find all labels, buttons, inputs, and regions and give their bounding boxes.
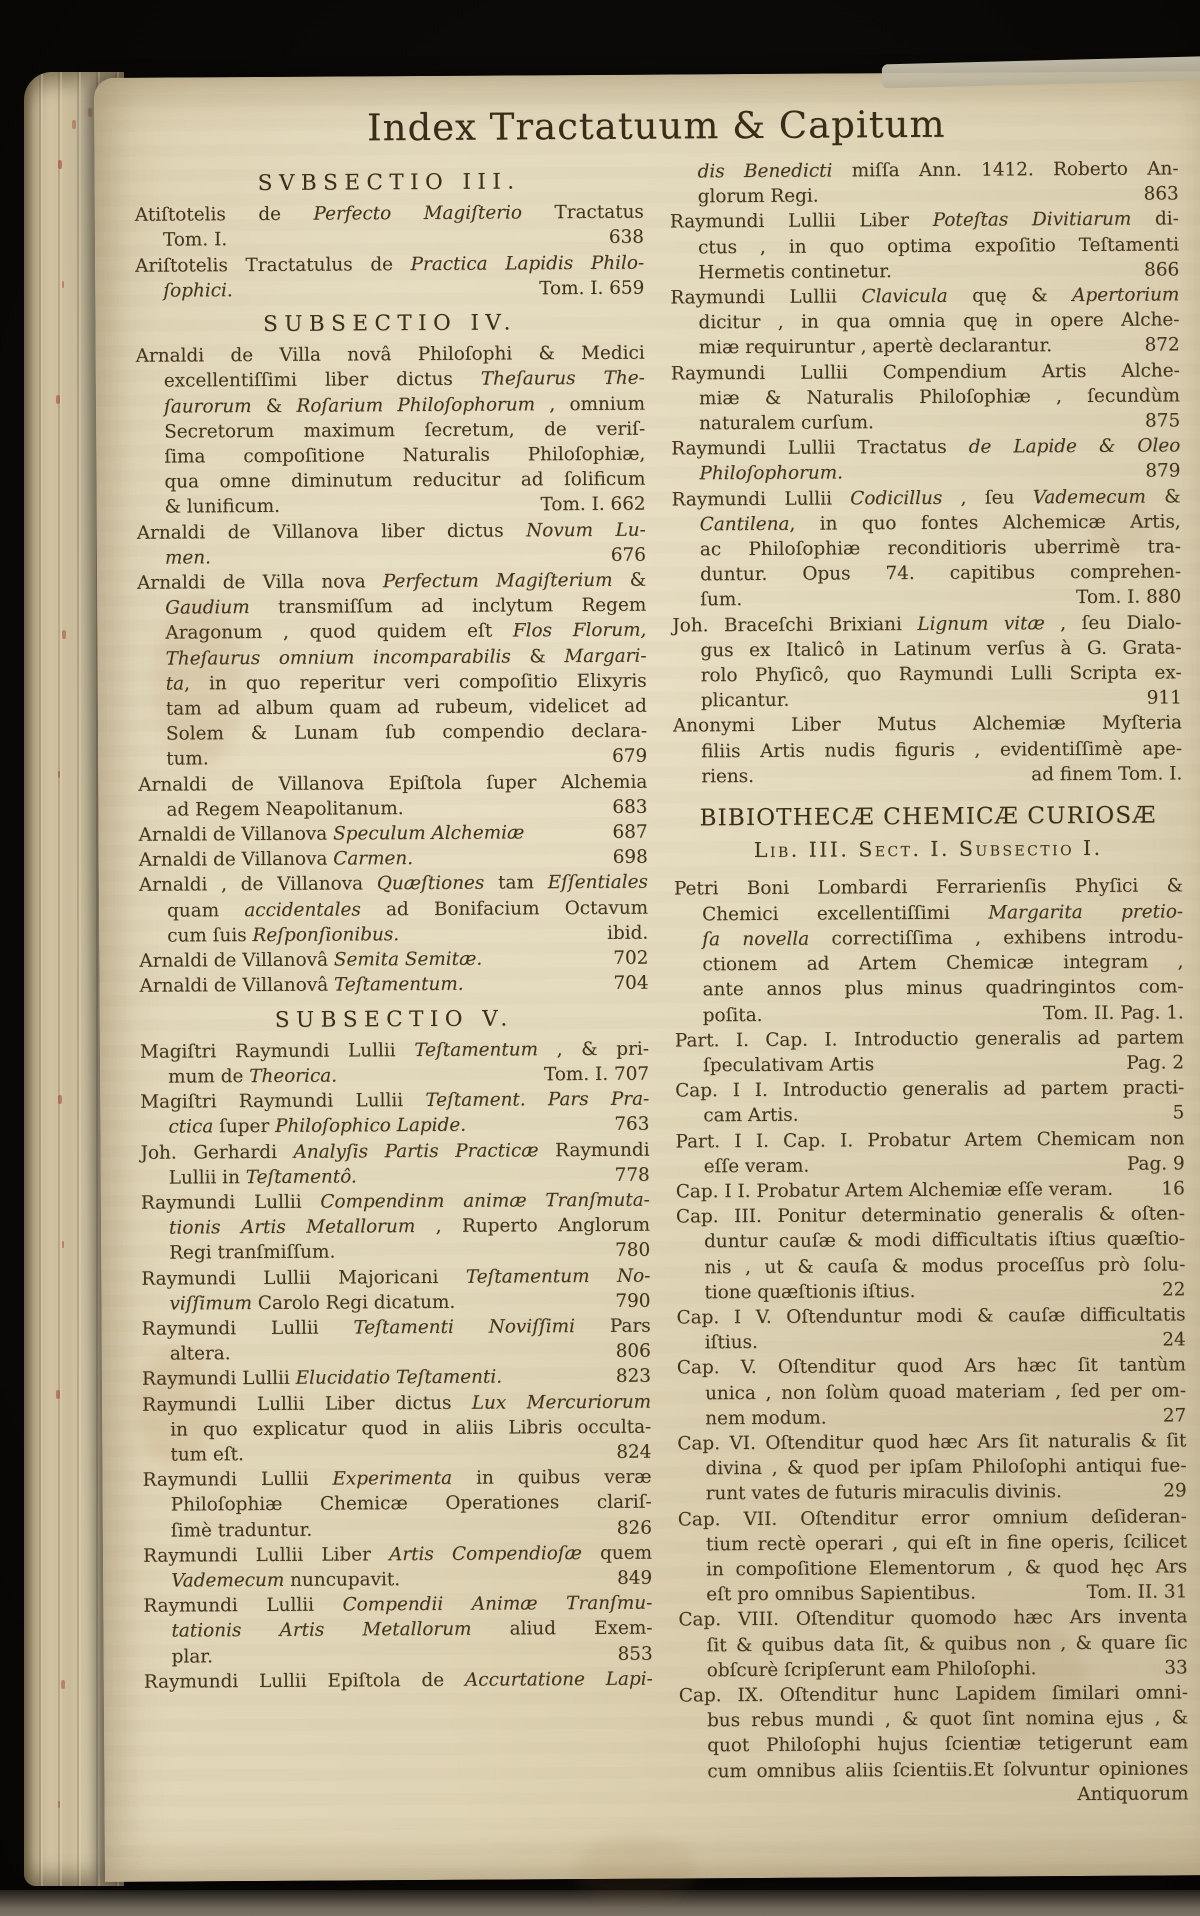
- entry-text: Anonymi Liber Mutus Alchemiæ Myſteria: [673, 711, 1182, 739]
- page-number: 849: [607, 1566, 652, 1591]
- entry-text: & lunificum.: [165, 494, 281, 520]
- index-entry: Arnaldi , de Villanova Quæſtiones tam Eſ…: [139, 870, 648, 949]
- page-number: Pag. 2: [1116, 1050, 1184, 1076]
- subsection-heading: SUBSECTIO IV.: [135, 310, 644, 338]
- page-content: Index Tractatuum & Capitum SVBSECTIO III…: [94, 71, 1200, 1882]
- index-entry: Cap. VII. Oſtenditur error omnium deſide…: [678, 1504, 1188, 1608]
- entry-line: bus rebus mundi , & quot ſint nomina eju…: [679, 1706, 1188, 1734]
- index-entry: Cap. IX. Oſtenditur hunc Lapidem ſimilar…: [679, 1680, 1189, 1809]
- entry-text: riens.: [701, 764, 754, 790]
- entry-line: dis Benedicti miſſa Ann. 1412. Roberto A…: [670, 156, 1179, 184]
- entry-line: ctionem ad Artem Chemicæ integram ,: [674, 949, 1183, 977]
- entry-text: Aragonum , quod quidem eſt Flos Florum,: [165, 618, 646, 646]
- entry-text: quam accidentales ad Bonifacium Octavum: [167, 895, 648, 923]
- entry-text: Magiſtri Raymundi Lullii Teſtament. Pars…: [140, 1087, 649, 1115]
- entry-text: altera.: [170, 1341, 231, 1367]
- entry-text: ſpeculativam Artis: [703, 1052, 874, 1078]
- entry-text: Raymundi Lullii Codicillus , ſeu Vademec…: [672, 484, 1181, 512]
- entry-line: Raymundi Lullii Experimenta in quibus ve…: [142, 1465, 651, 1493]
- entry-line: Regi tranſmiſſum.780: [141, 1238, 650, 1266]
- entry-line: quot Philoſophi hujus ſcientiæ tetigerun…: [679, 1731, 1188, 1759]
- entry-text: qua omne diminutum reducitur ad ſolificu…: [164, 467, 645, 495]
- entry-line: riens.ad finem Tom. I.: [673, 761, 1182, 789]
- page-number: 638: [599, 225, 644, 250]
- index-entry: Arnaldi de Villa nova Perfectum Magiſter…: [137, 568, 647, 773]
- page-number: 763: [604, 1112, 649, 1137]
- entry-text: eſſe veram.: [704, 1153, 810, 1179]
- entry-line: men.676: [137, 542, 646, 570]
- entry-text: in quo explicatur quod in aliis Libris o…: [170, 1414, 651, 1442]
- index-entry: Raymundi Lullii Codicillus , ſeu Vademec…: [672, 484, 1182, 613]
- entry-line: Cap. III. Ponitur determinatio generalis…: [676, 1201, 1185, 1229]
- entry-text: Cap. V. Oſtenditur quod Ars hæc ſit tant…: [677, 1353, 1186, 1381]
- index-entry: Cap. VIII. Oſtenditur quomodo hæc Ars in…: [678, 1605, 1187, 1684]
- entry-text: Lullii in Teſtamentô.: [169, 1164, 357, 1190]
- entry-line: Arnaldi de Villanovâ Teſtamentum.704: [139, 971, 648, 999]
- entry-text: Cantilena, in quo fontes Alchemicæ Artis…: [700, 509, 1181, 537]
- page-title: Index Tractatuum & Capitum: [134, 101, 1178, 150]
- entry-text: filiis Artis nudis figuris , evidentiſſi…: [701, 736, 1182, 764]
- entry-line: Magiſtri Raymundi Lullii Teſtament. Pars…: [140, 1087, 649, 1115]
- entry-line: ſima compoſitione Naturalis Philoſophiæ,: [136, 442, 645, 470]
- entry-text: ſophici.: [163, 278, 233, 304]
- entry-line: Raymundi Lullii Compendii Animæ Tranſmu-: [143, 1591, 652, 1619]
- entry-line: Raymundi Lullii Tractatus de Lapide & Ol…: [671, 434, 1180, 462]
- entry-text: Hermetis continetur.: [698, 259, 892, 285]
- two-column-index: SVBSECTIO III.Atiſtotelis de Perfecto Ma…: [135, 156, 1189, 1812]
- entry-text: tionis Artis Metallorum , Ruperto Anglor…: [169, 1213, 650, 1241]
- entry-line: ſum.Tom. I. 880: [672, 585, 1181, 613]
- entry-line: Aragonum , quod quidem eſt Flos Florum,: [137, 618, 646, 646]
- page-number: 704: [603, 971, 648, 996]
- entry-text: ac Philoſophiæ reconditioris uberrimè tr…: [700, 534, 1181, 562]
- entry-line: in quo explicatur quod in aliis Libris o…: [142, 1414, 651, 1442]
- page-number: Tom. II. Pag. 1.: [1033, 1000, 1184, 1026]
- entry-text: bus rebus mundi , & quot ſint nomina eju…: [707, 1706, 1188, 1734]
- entry-text: Arnaldi de Villanova Carmen.: [139, 846, 413, 873]
- entry-line: Part. I. Cap. I. Introductio generalis a…: [675, 1025, 1184, 1053]
- entry-text: Theſaurus omnium incomparabilis & Margar…: [165, 643, 646, 671]
- index-entry: Part. I I. Cap. I. Probatur Artem Chemic…: [675, 1126, 1184, 1180]
- entry-line: Vademecum nuncupavit.849: [143, 1566, 652, 1594]
- entry-line: duntur cauſæ & modi difficultatis iſtius…: [676, 1227, 1185, 1255]
- index-entry: Cap. V. Oſtenditur quod Ars hæc ſit tant…: [677, 1353, 1186, 1432]
- entry-text: Cap. I I. Introductio generalis ad parte…: [675, 1075, 1184, 1103]
- entry-line: Raymundi Lullii Elucidatio Teſtamenti.82…: [142, 1364, 651, 1392]
- entry-line: Ariſtotelis Tractatulus de Practica Lapi…: [135, 250, 644, 278]
- page-number: 826: [607, 1515, 652, 1540]
- entry-line: ctus , in quo optima expoſitio Teſtament…: [670, 232, 1179, 260]
- entry-line: Cap. I I. Probatur Artem Alchemiæ eſſe v…: [676, 1176, 1185, 1204]
- entry-text: Cap. I I. Probatur Artem Alchemiæ eſſe v…: [676, 1177, 1113, 1205]
- entry-text: Cap. IX. Oſtenditur hunc Lapidem ſimilar…: [679, 1680, 1188, 1708]
- entry-text: dis Benedicti miſſa Ann. 1412. Roberto A…: [698, 156, 1179, 184]
- entry-line: Raymundi Lullii Clavicula quę & Apertori…: [670, 282, 1179, 310]
- entry-text: ſit & quibus data ſit, & quibus non , & …: [707, 1630, 1188, 1658]
- entry-text: Raymundi Lullii Teſtamenti Noviſſimi Par…: [142, 1314, 651, 1342]
- entry-line: altera.806: [142, 1339, 651, 1367]
- entry-line: ac Philoſophiæ reconditioris uberrimè tr…: [672, 534, 1181, 562]
- entry-line: tationis Artis Metallorum aliud Exem-: [143, 1616, 652, 1644]
- entry-line: Joh. Gerhardi Analyſis Partis Practicæ R…: [140, 1137, 649, 1165]
- scanned-book-page: Index Tractatuum & Capitum SVBSECTIO III…: [0, 0, 1200, 1916]
- entry-text: Regi tranſmiſſum.: [169, 1240, 335, 1266]
- entry-text: miæ requiruntur , apertè declarantur.: [699, 334, 1053, 361]
- library-heading: BIBIOTHECÆ CHEMICÆ CURIOSÆ: [673, 803, 1182, 831]
- index-entry: Magiſtri Raymundi Lullii Teſtamentum , &…: [140, 1036, 649, 1090]
- entry-text: cum ſuis Reſponſionibus.: [167, 922, 399, 949]
- entry-line: plar.853: [144, 1641, 653, 1669]
- entry-text: plicantur.: [701, 688, 790, 714]
- entry-line: Solem & Lunam ſub compendio declara-: [138, 719, 647, 747]
- index-entry: Part. I. Cap. I. Introductio generalis a…: [675, 1025, 1184, 1079]
- entry-text: ta, in quo reperitur veri compoſitio Eli…: [166, 668, 647, 696]
- entry-text: viſſimum Carolo Regi dicatum.: [169, 1290, 455, 1317]
- entry-line: Arnaldi de Villanova liber dictus Novum …: [137, 517, 646, 545]
- entry-line: glorum Regi.863: [670, 182, 1179, 210]
- index-entry: Raymundi Lullii Compendium Artis Alche-m…: [671, 358, 1180, 437]
- entry-text: Vademecum nuncupavit.: [171, 1567, 400, 1594]
- entry-text: eſt pro omnibus Sapientibus.: [706, 1581, 976, 1608]
- entry-text: poſita.: [703, 1002, 763, 1028]
- page-number: 27: [1153, 1403, 1187, 1428]
- index-entry: Joh. Braceſchi Brixiani Lignum vitæ , ſe…: [672, 610, 1182, 714]
- entry-line: cum omnibus aliis ſcientiis.Et ſolvuntur…: [679, 1756, 1188, 1784]
- entry-line: runt vates de futuris miraculis divinis.…: [678, 1479, 1187, 1507]
- page-number: Tom. I. 707: [534, 1062, 649, 1088]
- entry-text: rolo Phyſicô, quo Raymundi Lulli Scripta…: [701, 660, 1182, 688]
- index-entry: Arnaldi de Villa novâ Philoſophi & Medic…: [136, 341, 646, 521]
- index-entry: Petri Boni Lombardi Ferrarienſis Phyſici…: [674, 874, 1184, 1028]
- entry-text: Raymundi Lullii Clavicula quę & Apertori…: [670, 282, 1179, 310]
- entry-line: Raymundi Lullii Teſtamenti Noviſſimi Par…: [142, 1314, 651, 1342]
- entry-text: ſa novella correctiſſima , exhibens intr…: [702, 924, 1183, 952]
- entry-text: Raymundi Lullii Liber Artis Compendioſæ …: [143, 1540, 652, 1568]
- entry-text: Solem & Lunam ſub compendio declara-: [166, 719, 647, 747]
- page-number: 863: [1134, 182, 1179, 207]
- entry-line: eſt pro omnibus Sapientibus.Tom. II. 31: [678, 1580, 1187, 1608]
- entry-line: Raymundi Lullii Liber Poteſtas Divitiaru…: [670, 207, 1179, 235]
- index-entry: Atiſtotelis de Perfecto Magiſterio Tract…: [135, 200, 644, 254]
- page-number: Tom. I. 659: [529, 275, 644, 301]
- entry-line: ta, in quo reperitur veri compoſitio Eli…: [138, 668, 647, 696]
- entry-line: Magiſtri Raymundi Lullii Teſtamentum , &…: [140, 1036, 649, 1064]
- index-entry: Cap. I V. Oſtenduntur modi & cauſæ diffi…: [677, 1302, 1186, 1356]
- entry-text: Arnaldi de Villa novâ Philoſophi & Medic…: [136, 341, 645, 369]
- entry-text: obſcurè ſcripſerunt eam Philoſophi.: [707, 1656, 1037, 1683]
- index-entry: Raymundi Lullii Liber Poteſtas Divitiaru…: [670, 207, 1179, 286]
- entry-text: tationis Artis Metallorum aliud Exem-: [171, 1616, 652, 1644]
- page-number: 780: [605, 1238, 650, 1263]
- entry-text: Arnaldi de Villanovâ Teſtamentum.: [139, 972, 463, 999]
- entry-text: runt vates de futuris miraculis divinis.: [706, 1479, 1062, 1506]
- entry-text: Raymundi Lullii Majoricani Teſtamentum N…: [141, 1263, 650, 1291]
- entry-text: tione quæſtionis iſtius.: [704, 1279, 915, 1305]
- page-number: 687: [602, 820, 647, 845]
- entry-text: naturalem curſum.: [699, 410, 874, 436]
- entry-line: Atiſtotelis de Perfecto Magiſterio Tract…: [135, 200, 644, 228]
- page-number: 806: [606, 1339, 651, 1364]
- entry-text: ctionem ad Artem Chemicæ integram ,: [702, 949, 1183, 977]
- entry-line: in compoſitione Elementorum , & quod hęc…: [678, 1554, 1187, 1582]
- entry-line: Cap. VI. Oſtenditur quod hæc Ars ſit nat…: [677, 1428, 1186, 1456]
- entry-text: Magiſtri Raymundi Lullii Teſtamentum , &…: [140, 1036, 649, 1064]
- entry-text: excellentiſſimi liber dictus Theſaurus T…: [164, 366, 645, 394]
- entry-text: ante annos plus minus quadringintos com-: [703, 975, 1184, 1003]
- entry-line: filiis Artis nudis figuris , evidentiſſi…: [673, 736, 1182, 764]
- entry-text: Chemici excellentiſſimi Margarita pretio…: [702, 899, 1183, 927]
- entry-line: Raymundi Lullii Liber Artis Compendioſæ …: [143, 1540, 652, 1568]
- entry-line: Gaudium transmiſſum ad inclytum Regem: [137, 593, 646, 621]
- entry-text: quot Philoſophi hujus ſcientiæ tetigerun…: [707, 1731, 1188, 1759]
- entry-line: Raymundi Lullii Codicillus , ſeu Vademec…: [672, 484, 1181, 512]
- index-entry: Raymundi Lullii Majoricani Teſtamentum N…: [141, 1263, 650, 1317]
- entry-line: poſita.Tom. II. Pag. 1.: [675, 1000, 1184, 1028]
- entry-text: Philoſophiæ Chemicæ Operationes clariſ-: [171, 1490, 652, 1518]
- entry-text: Ariſtotelis Tractatulus de Practica Lapi…: [135, 250, 644, 278]
- entry-text: ctus , in quo optima expoſitio Teſtament…: [698, 232, 1179, 260]
- entry-line: eſſe veram.Pag. 9: [676, 1151, 1185, 1179]
- entry-text: tum eſt.: [170, 1442, 244, 1468]
- entry-line: tionis Artis Metallorum , Ruperto Anglor…: [141, 1213, 650, 1241]
- entry-text: Tom. I.: [163, 228, 227, 254]
- entry-line: ctica ſuper Philoſophico Lapide.763: [140, 1112, 649, 1140]
- entry-text: Arnaldi de Villanovâ Semita Semitæ.: [139, 947, 482, 974]
- index-entry: Raymundi Lullii Teſtamenti Noviſſimi Par…: [142, 1314, 651, 1368]
- entry-line: Raymundi Lullii Liber dictus Lux Mercuri…: [142, 1389, 651, 1417]
- entry-text: Arnaldi , de Villanova Quæſtiones tam Eſ…: [139, 870, 648, 898]
- entry-text: Cap. III. Ponitur determinatio generalis…: [676, 1201, 1185, 1229]
- page-number: Tom. I. 662: [530, 492, 645, 518]
- entry-text: Secretorum maximum ſecretum, de veriſ-: [164, 416, 645, 444]
- book-page-paper: Index Tractatuum & Capitum SVBSECTIO III…: [94, 71, 1200, 1882]
- entry-line: Arnaldi de Villanova Speculum Alchemiæ68…: [139, 820, 648, 848]
- entry-text: Cap. VI. Oſtenditur quod hæc Ars ſit nat…: [677, 1428, 1186, 1456]
- page-number: Pag. 9: [1117, 1151, 1185, 1177]
- entry-line: tam ad album quam ad rubeum, videlicet a…: [138, 694, 647, 722]
- entry-text: miæ & Naturalis Philoſophiæ , ſecundùm: [699, 383, 1180, 411]
- section-sequence-heading: Lib. III. Sect. I. Subsectio I.: [674, 836, 1183, 864]
- entry-line: & lunificum.Tom. I. 662: [137, 492, 646, 520]
- page-number: 676: [601, 542, 646, 567]
- page-number: 29: [1153, 1479, 1187, 1504]
- index-entry: Cap. III. Ponitur determinatio generalis…: [676, 1201, 1186, 1305]
- page-number: 823: [606, 1364, 651, 1389]
- entry-line: ante annos plus minus quadringintos com-: [675, 975, 1184, 1003]
- entry-text: mum de Theorica.: [168, 1063, 337, 1089]
- entry-line: Tom. I.638: [135, 225, 644, 253]
- entry-text: Arnaldi de Villa nova Perfectum Magiſter…: [137, 568, 646, 596]
- page-number: Tom. I. 880: [1066, 585, 1181, 611]
- entry-text: Raymundi Lullii Tractatus de Lapide & Ol…: [671, 434, 1180, 462]
- entry-text: ad Regem Neapolitanum.: [166, 796, 403, 823]
- entry-text: Arnaldi de Villanova liber dictus Novum …: [137, 517, 646, 545]
- index-entry: Arnaldi de Villanovâ Teſtamentum.704: [139, 971, 648, 999]
- entry-line: Arnaldi , de Villanova Quæſtiones tam Eſ…: [139, 870, 648, 898]
- entry-text: Raymundi Lullii Compendium Artis Alche-: [671, 358, 1180, 386]
- entry-line: rolo Phyſicô, quo Raymundi Lulli Scripta…: [673, 660, 1182, 688]
- page-number: 824: [606, 1440, 651, 1465]
- page-number: 879: [1135, 459, 1180, 484]
- entry-text: Part. I. Cap. I. Introductio generalis a…: [675, 1025, 1184, 1053]
- entry-text: ctica ſuper Philoſophico Lapide.: [168, 1113, 466, 1140]
- page-number: 853: [607, 1641, 652, 1666]
- entry-line: duntur. Opus 74. capitibus comprehen-: [672, 560, 1181, 588]
- entry-line: Chemici excellentiſſimi Margarita pretio…: [674, 899, 1183, 927]
- entry-text: Raymundi Lullii Epiſtola de Accurtatione…: [144, 1666, 653, 1694]
- entry-text: unica , non ſolùm quoad materiam , ſed p…: [705, 1378, 1186, 1406]
- page-number: 911: [1137, 686, 1182, 711]
- entry-line: excellentiſſimi liber dictus Theſaurus T…: [136, 366, 645, 394]
- index-entry: Raymundi Lullii Clavicula quę & Apertori…: [670, 282, 1179, 361]
- entry-line: tium rectè operari , qui eſt in fine ope…: [678, 1529, 1187, 1557]
- index-entry: Cap. I I. Introductio generalis ad parte…: [675, 1075, 1184, 1129]
- entry-text: iſtius.: [705, 1330, 758, 1356]
- page-number: 5: [1163, 1101, 1185, 1126]
- index-entry: Anonymi Liber Mutus Alchemiæ Myſteriafil…: [673, 711, 1182, 790]
- entry-line: nis , ut & cauſa & modus proceſſus prò ſ…: [676, 1252, 1185, 1280]
- entry-text: Petri Boni Lombardi Ferrarienſis Phyſici…: [674, 874, 1183, 902]
- entry-line: Joh. Braceſchi Brixiani Lignum vitæ , ſe…: [672, 610, 1181, 638]
- entry-line: viſſimum Carolo Regi dicatum.790: [141, 1288, 650, 1316]
- entry-line: Part. I I. Cap. I. Probatur Artem Chemic…: [675, 1126, 1184, 1154]
- entry-line: Cap. I V. Oſtenduntur modi & cauſæ diffi…: [677, 1302, 1186, 1330]
- entry-line: Arnaldi de Villanovâ Semita Semitæ.702: [139, 946, 648, 974]
- index-entry: Raymundi Lullii Tractatus de Lapide & Ol…: [671, 434, 1180, 488]
- entry-text: Raymundi Lullii Liber dictus Lux Mercuri…: [142, 1389, 651, 1417]
- entry-line: ſaurorum & Roſarium Philoſophorum , omni…: [136, 391, 645, 419]
- entry-line: Anonymi Liber Mutus Alchemiæ Myſteria: [673, 711, 1182, 739]
- entry-text: Arnaldi de Villanova Speculum Alchemiæ: [139, 820, 525, 848]
- entry-line: mum de Theorica.Tom. I. 707: [140, 1062, 649, 1090]
- page-number: 698: [603, 845, 648, 870]
- entry-line: Secretorum maximum ſecretum, de veriſ-: [136, 416, 645, 444]
- subsection-heading: SUBSECTIO V.: [140, 1005, 649, 1033]
- page-number: 866: [1134, 257, 1179, 282]
- entry-text: ſimè traduntur.: [171, 1517, 312, 1543]
- page-number: 875: [1135, 408, 1180, 433]
- page-number: 22: [1152, 1277, 1186, 1302]
- entry-line: Cap. VIII. Oſtenditur quomodo hæc Ars in…: [678, 1605, 1187, 1633]
- entry-line: unica , non ſolùm quoad materiam , ſed p…: [677, 1378, 1186, 1406]
- entry-line: Theſaurus omnium incomparabilis & Margar…: [137, 643, 646, 671]
- page-number: 24: [1152, 1327, 1186, 1352]
- entry-line: qua omne diminutum reducitur ad ſolificu…: [136, 467, 645, 495]
- entry-text: ſum.: [700, 588, 742, 613]
- index-entry: Arnaldi de Villanovâ Semita Semitæ.702: [139, 946, 648, 974]
- index-entry: Arnaldi de Villanova Carmen.698: [139, 845, 648, 873]
- entry-line: Hermetis continetur.866: [670, 257, 1179, 285]
- entry-line: Lullii in Teſtamentô.778: [141, 1162, 650, 1190]
- red-edge-speckles: [58, 160, 62, 169]
- entry-text: cum omnibus aliis ſcientiis.Et ſolvuntur…: [707, 1756, 1188, 1784]
- entry-line: miæ requiruntur , apertè declarantur.872: [671, 333, 1180, 361]
- entry-line: cam Artis.5: [675, 1101, 1184, 1129]
- page-number: 16: [1151, 1176, 1185, 1201]
- index-entry: Magiſtri Raymundi Lullii Teſtament. Pars…: [140, 1087, 649, 1141]
- entry-line: iſtius.24: [677, 1327, 1186, 1355]
- entry-line: ſimè traduntur.826: [143, 1515, 652, 1543]
- entry-line: Raymundi Lullii Majoricani Teſtamentum N…: [141, 1263, 650, 1291]
- entry-line: cum ſuis Reſponſionibus.ibid.: [139, 921, 648, 949]
- entry-text: duntur cauſæ & modi difficultatis iſtius…: [704, 1227, 1185, 1255]
- entry-text: ſaurorum & Roſarium Philoſophorum , omni…: [164, 391, 645, 419]
- entry-line: dicitur , in qua omnia quę in opere Alch…: [670, 308, 1179, 336]
- index-entry: Raymundi Lullii Compendinm animæ Tranſmu…: [141, 1188, 650, 1267]
- entry-line: Arnaldi de Villanova Carmen.698: [139, 845, 648, 873]
- entry-line: Raymundi Lullii Compendium Artis Alche-: [671, 358, 1180, 386]
- page-number: ibid.: [597, 921, 648, 947]
- entry-line: divina , & quod per ipſam Philoſophi ant…: [677, 1454, 1186, 1482]
- entry-text: tum.: [166, 747, 209, 772]
- entry-text: ſima compoſitione Naturalis Philoſophiæ,: [164, 442, 645, 470]
- index-column-right: dis Benedicti miſſa Ann. 1412. Roberto A…: [670, 156, 1189, 1809]
- entry-line: Cap. V. Oſtenditur quod Ars hæc ſit tant…: [677, 1353, 1186, 1381]
- entry-line: naturalem curſum.875: [671, 408, 1180, 436]
- entry-text: Joh. Gerhardi Analyſis Partis Practicæ R…: [140, 1137, 649, 1165]
- index-entry: Raymundi Lullii Elucidatio Teſtamenti.82…: [142, 1364, 651, 1392]
- entry-text: men.: [165, 545, 211, 570]
- entry-line: miæ & Naturalis Philoſophiæ , ſecundùm: [671, 383, 1180, 411]
- entry-line: ſa novella correctiſſima , exhibens intr…: [674, 924, 1183, 952]
- entry-text: duntur. Opus 74. capitibus comprehen-: [700, 560, 1181, 588]
- entry-text: Raymundi Lullii Experimenta in quibus ve…: [142, 1465, 651, 1493]
- entry-text: Joh. Braceſchi Brixiani Lignum vitæ , ſe…: [672, 610, 1181, 638]
- entry-line: Raymundi Lullii Compendinm animæ Tranſmu…: [141, 1188, 650, 1216]
- entry-text: cam Artis.: [703, 1103, 798, 1129]
- entry-line: Arnaldi de Villanova Epiſtola ſuper Alch…: [138, 769, 647, 797]
- entry-line: Raymundi Lullii Epiſtola de Accurtatione…: [144, 1666, 653, 1694]
- entry-text: Gaudium transmiſſum ad inclytum Regem: [165, 593, 646, 621]
- entry-line: Cantilena, in quo fontes Alchemicæ Artis…: [672, 509, 1181, 537]
- entry-line: ſpeculativam ArtisPag. 2: [675, 1050, 1184, 1078]
- index-entry: Joh. Gerhardi Analyſis Partis Practicæ R…: [140, 1137, 649, 1191]
- entry-text: plar.: [172, 1644, 213, 1669]
- index-entry: Arnaldi de Villanova Epiſtola ſuper Alch…: [138, 769, 647, 823]
- entry-line: Petri Boni Lombardi Ferrarienſis Phyſici…: [674, 874, 1183, 902]
- index-entry: Cap. I I. Probatur Artem Alchemiæ eſſe v…: [676, 1176, 1185, 1204]
- entry-text: dicitur , in qua omnia quę in opere Alch…: [698, 308, 1179, 336]
- entry-line: nem modum.27: [677, 1403, 1186, 1431]
- entry-text: nis , ut & cauſa & modus proceſſus prò ſ…: [704, 1252, 1185, 1280]
- entry-line: gus ex Italicô in Latinum verſus à G. Gr…: [672, 635, 1181, 663]
- entry-text: Arnaldi de Villanova Epiſtola ſuper Alch…: [138, 769, 647, 797]
- page-number: 33: [1154, 1655, 1188, 1680]
- page-number: 683: [602, 795, 647, 820]
- page-number: Tom. II. 31: [1077, 1580, 1188, 1606]
- page-number: 778: [605, 1162, 650, 1187]
- entry-text: nem modum.: [705, 1405, 827, 1431]
- entry-line: tum eſt.824: [142, 1440, 651, 1468]
- subsection-heading: SVBSECTIO III.: [135, 169, 644, 197]
- index-entry: Raymundi Lullii Experimenta in quibus ve…: [142, 1465, 651, 1544]
- index-entry: Arnaldi de Villanova Speculum Alchemiæ68…: [139, 820, 648, 848]
- entry-line: plicantur.911: [673, 686, 1182, 714]
- entry-text: Cap. VII. Oſtenditur error omnium deſide…: [678, 1504, 1187, 1532]
- entry-line: ſophici.Tom. I. 659: [135, 275, 644, 303]
- entry-text: glorum Regi.: [698, 184, 819, 210]
- entry-text: Raymundi Lullii Elucidatio Teſtamenti.: [142, 1365, 502, 1392]
- entry-line: Philoſophorum.879: [671, 459, 1180, 487]
- index-entry: Raymundi Lullii Epiſtola de Accurtatione…: [144, 1666, 653, 1694]
- page-number: Antiquorum: [1067, 1781, 1188, 1807]
- entry-text: Raymundi Lullii Compendii Animæ Tranſmu-: [143, 1591, 652, 1619]
- entry-line: tum.679: [138, 744, 647, 772]
- index-entry: Raymundi Lullii Liber dictus Lux Mercuri…: [142, 1389, 651, 1468]
- page-number: ad finem Tom. I.: [1021, 761, 1182, 787]
- entry-text: tium rectè operari , qui eſt in fine ope…: [706, 1529, 1187, 1557]
- entry-line: Cap. I I. Introductio generalis ad parte…: [675, 1075, 1184, 1103]
